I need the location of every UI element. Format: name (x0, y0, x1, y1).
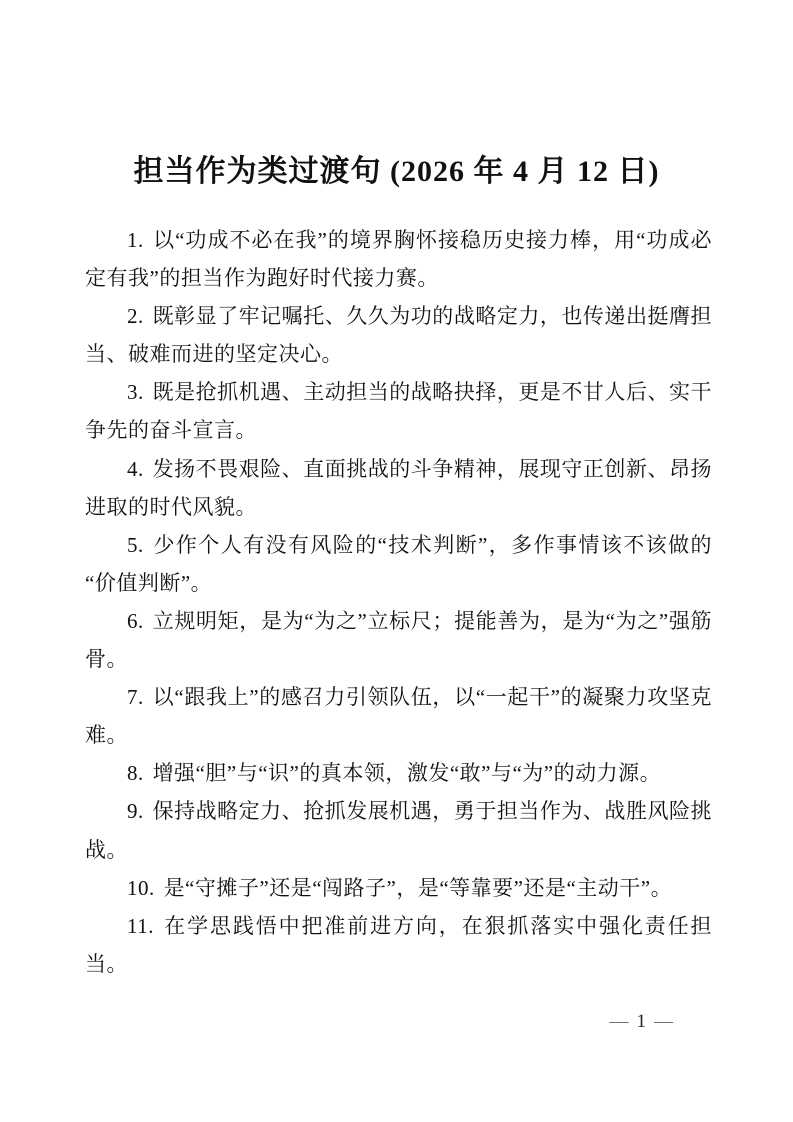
item-text: 增强“胆”与“识”的真本领，激发“敢”与“为”的动力源。 (153, 761, 662, 785)
page-number-value: 1 (631, 1011, 655, 1032)
item-text: 保持战略定力、抢抓发展机遇，勇于担当作为、战胜风险挑战。 (85, 799, 712, 861)
item-number: 3. (127, 380, 144, 404)
page-number-dash-right: — (654, 1011, 675, 1032)
list-item: 3.既是抢抓机遇、主动担当的战略抉择，更是不甘人后、实干争先的奋斗宣言。 (85, 373, 712, 449)
item-text: 是“守摊子”还是“闯路子”，是“等靠要”还是“主动干”。 (164, 876, 673, 900)
list-item: 9.保持战略定力、抢抓发展机遇，勇于担当作为、战胜风险挑战。 (85, 792, 712, 868)
item-number: 9. (127, 799, 144, 823)
list-item: 8.增强“胆”与“识”的真本领，激发“敢”与“为”的动力源。 (85, 754, 712, 792)
page-title: 担当作为类过渡句 (2026 年 4 月 12 日) (0, 146, 793, 190)
list-item: 10.是“守摊子”还是“闯路子”，是“等靠要”还是“主动干”。 (85, 869, 712, 907)
list-item: 5.少作个人有没有风险的“技术判断”，多作事情该不该做的“价值判断”。 (85, 526, 712, 602)
item-number: 10. (127, 876, 155, 900)
item-text: 立规明矩，是为“为之”立标尺；提能善为，是为“为之”强筋骨。 (85, 609, 712, 671)
item-text: 少作个人有没有风险的“技术判断”，多作事情该不该做的“价值判断”。 (85, 533, 712, 595)
page-number-dash-left: — (610, 1011, 631, 1032)
item-number: 8. (127, 761, 144, 785)
item-text: 以“跟我上”的感召力引领队伍，以“一起干”的凝聚力攻坚克难。 (85, 685, 712, 747)
list-item: 6.立规明矩，是为“为之”立标尺；提能善为，是为“为之”强筋骨。 (85, 602, 712, 678)
item-number: 1. (127, 228, 144, 252)
item-text: 以“功成不必在我”的境界胸怀接稳历史接力棒，用“功成必定有我”的担当作为跑好时代… (85, 228, 712, 290)
item-number: 6. (127, 609, 144, 633)
item-text: 在学思践悟中把准前进方向，在狠抓落实中强化责任担当。 (85, 914, 712, 976)
item-number: 5. (127, 533, 144, 557)
item-text: 既彰显了牢记嘱托、久久为功的战略定力，也传递出挺膺担当、破难而进的坚定决心。 (85, 304, 712, 366)
item-text: 发扬不畏艰险、直面挑战的斗争精神，展现守正创新、昂扬进取的时代风貌。 (85, 457, 712, 519)
list-item: 2.既彰显了牢记嘱托、久久为功的战略定力，也传递出挺膺担当、破难而进的坚定决心。 (85, 297, 712, 373)
list-item: 7.以“跟我上”的感召力引领队伍，以“一起干”的凝聚力攻坚克难。 (85, 678, 712, 754)
document-body: 1.以“功成不必在我”的境界胸怀接稳历史接力棒，用“功成必定有我”的担当作为跑好… (85, 221, 712, 983)
item-number: 7. (127, 685, 144, 709)
list-item: 11.在学思践悟中把准前进方向，在狠抓落实中强化责任担当。 (85, 907, 712, 983)
item-text: 既是抢抓机遇、主动担当的战略抉择，更是不甘人后、实干争先的奋斗宣言。 (85, 380, 712, 442)
list-item: 1.以“功成不必在我”的境界胸怀接稳历史接力棒，用“功成必定有我”的担当作为跑好… (85, 221, 712, 297)
item-number: 4. (127, 457, 144, 481)
item-number: 11. (127, 914, 154, 938)
item-number: 2. (127, 304, 144, 328)
page-number: —1— (610, 1011, 676, 1033)
document-page: 担当作为类过渡句 (2026 年 4 月 12 日) 1.以“功成不必在我”的境… (0, 0, 793, 1122)
list-item: 4.发扬不畏艰险、直面挑战的斗争精神，展现守正创新、昂扬进取的时代风貌。 (85, 450, 712, 526)
